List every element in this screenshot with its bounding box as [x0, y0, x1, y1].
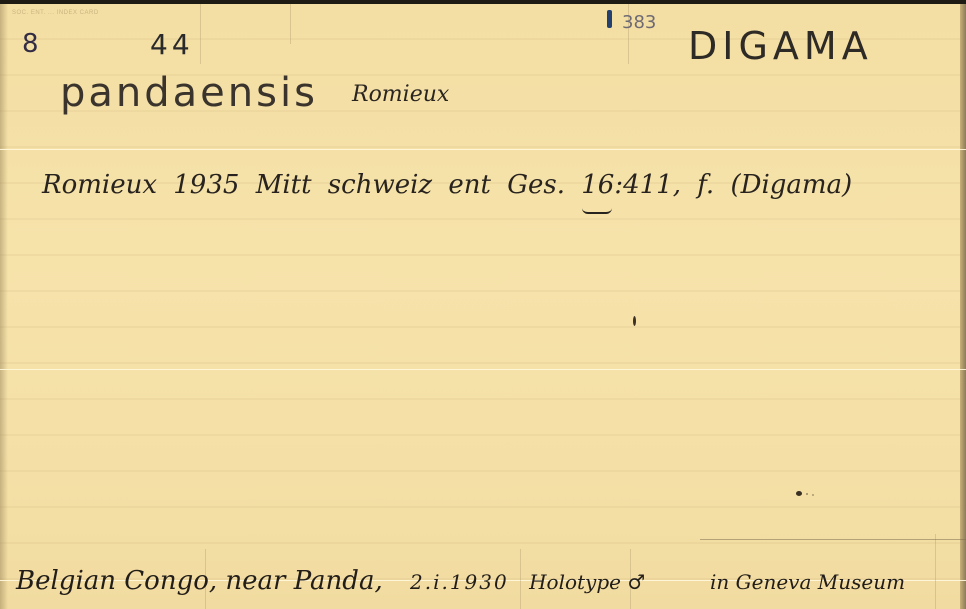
ruled-vertical-line	[200, 4, 201, 64]
blue-ink-mark	[607, 10, 612, 28]
index-card: SOC. ENT. ... INDEX CARD 8 44 383 DIGAMA…	[0, 0, 966, 609]
collection-date-and-type-status: 2.i.1930 Holotype ♂	[410, 570, 645, 594]
species-name: pandaensis	[60, 70, 318, 116]
page-number: 44	[150, 28, 194, 61]
literature-citation: Romieux 1935 Mitt schweiz ent Ges. 16:41…	[42, 170, 852, 200]
collection-date: 2.i.1930	[410, 570, 509, 594]
card-right-edge	[960, 4, 966, 609]
ink-smudge	[796, 491, 802, 496]
type-depository: in Geneva Museum	[710, 570, 905, 594]
ruled-line	[0, 369, 966, 370]
ink-smudge	[812, 494, 814, 496]
ruled-line	[0, 149, 966, 150]
ruled-vertical-line	[290, 4, 291, 44]
genus-name: DIGAMA	[688, 24, 873, 68]
type-status: Holotype ♂	[529, 570, 645, 594]
type-locality: Belgian Congo, near Panda,	[16, 566, 383, 596]
ink-smudge	[633, 316, 636, 326]
ink-smudge	[806, 493, 808, 495]
card-left-shadow	[0, 4, 8, 609]
reference-number: 383	[622, 12, 656, 33]
card-number: 8	[22, 29, 39, 59]
faint-printed-header: SOC. ENT. ... INDEX CARD	[12, 10, 99, 17]
volume-underline	[582, 208, 612, 214]
species-author: Romieux	[352, 82, 449, 107]
